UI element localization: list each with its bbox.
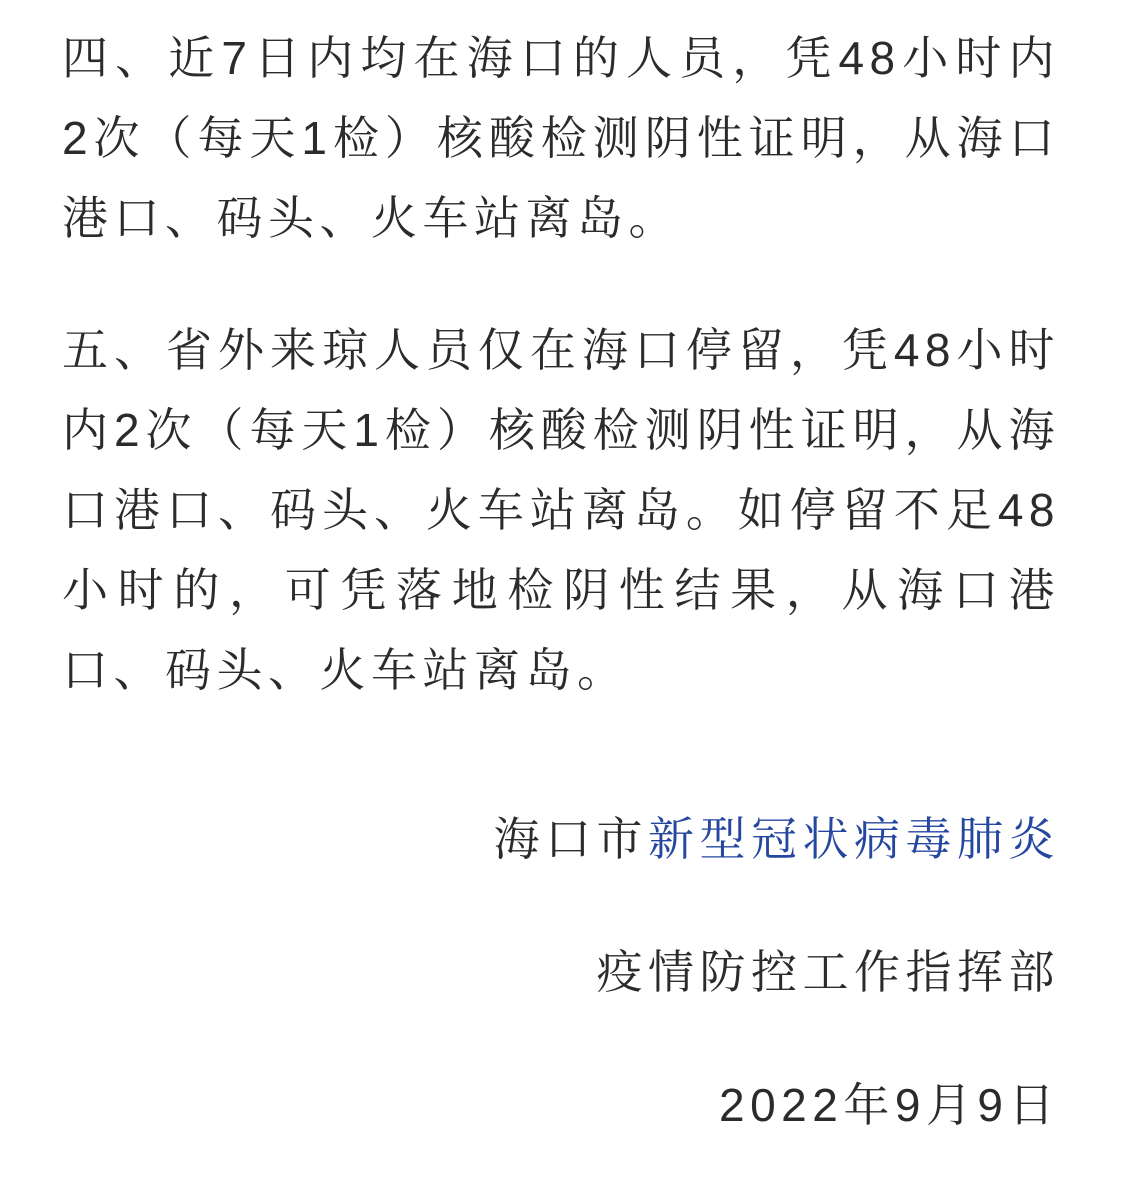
paragraph-rule-4: 四、近7日内均在海口的人员，凭48小时内2次（每天1检）核酸检测阴性证明，从海口… (62, 18, 1060, 258)
signature-issuer-line: 海口市新型冠状病毒肺炎 (62, 799, 1060, 879)
article-body: 四、近7日内均在海口的人员，凭48小时内2次（每天1检）核酸检测阴性证明，从海口… (0, 0, 1125, 1145)
paragraph-rule-5: 五、省外来琼人员仅在海口停留，凭48小时内2次（每天1检）核酸检测阴性证明，从海… (62, 310, 1060, 710)
covid-topic-link[interactable]: 新型冠状病毒肺炎 (648, 813, 1060, 865)
issuer-city-text: 海口市 (494, 813, 649, 865)
signature-date: 2022年9月9日 (62, 1065, 1060, 1145)
signature-block: 海口市新型冠状病毒肺炎 疫情防控工作指挥部 2022年9月9日 (62, 799, 1060, 1145)
signature-department-line: 疫情防控工作指挥部 (62, 932, 1060, 1012)
